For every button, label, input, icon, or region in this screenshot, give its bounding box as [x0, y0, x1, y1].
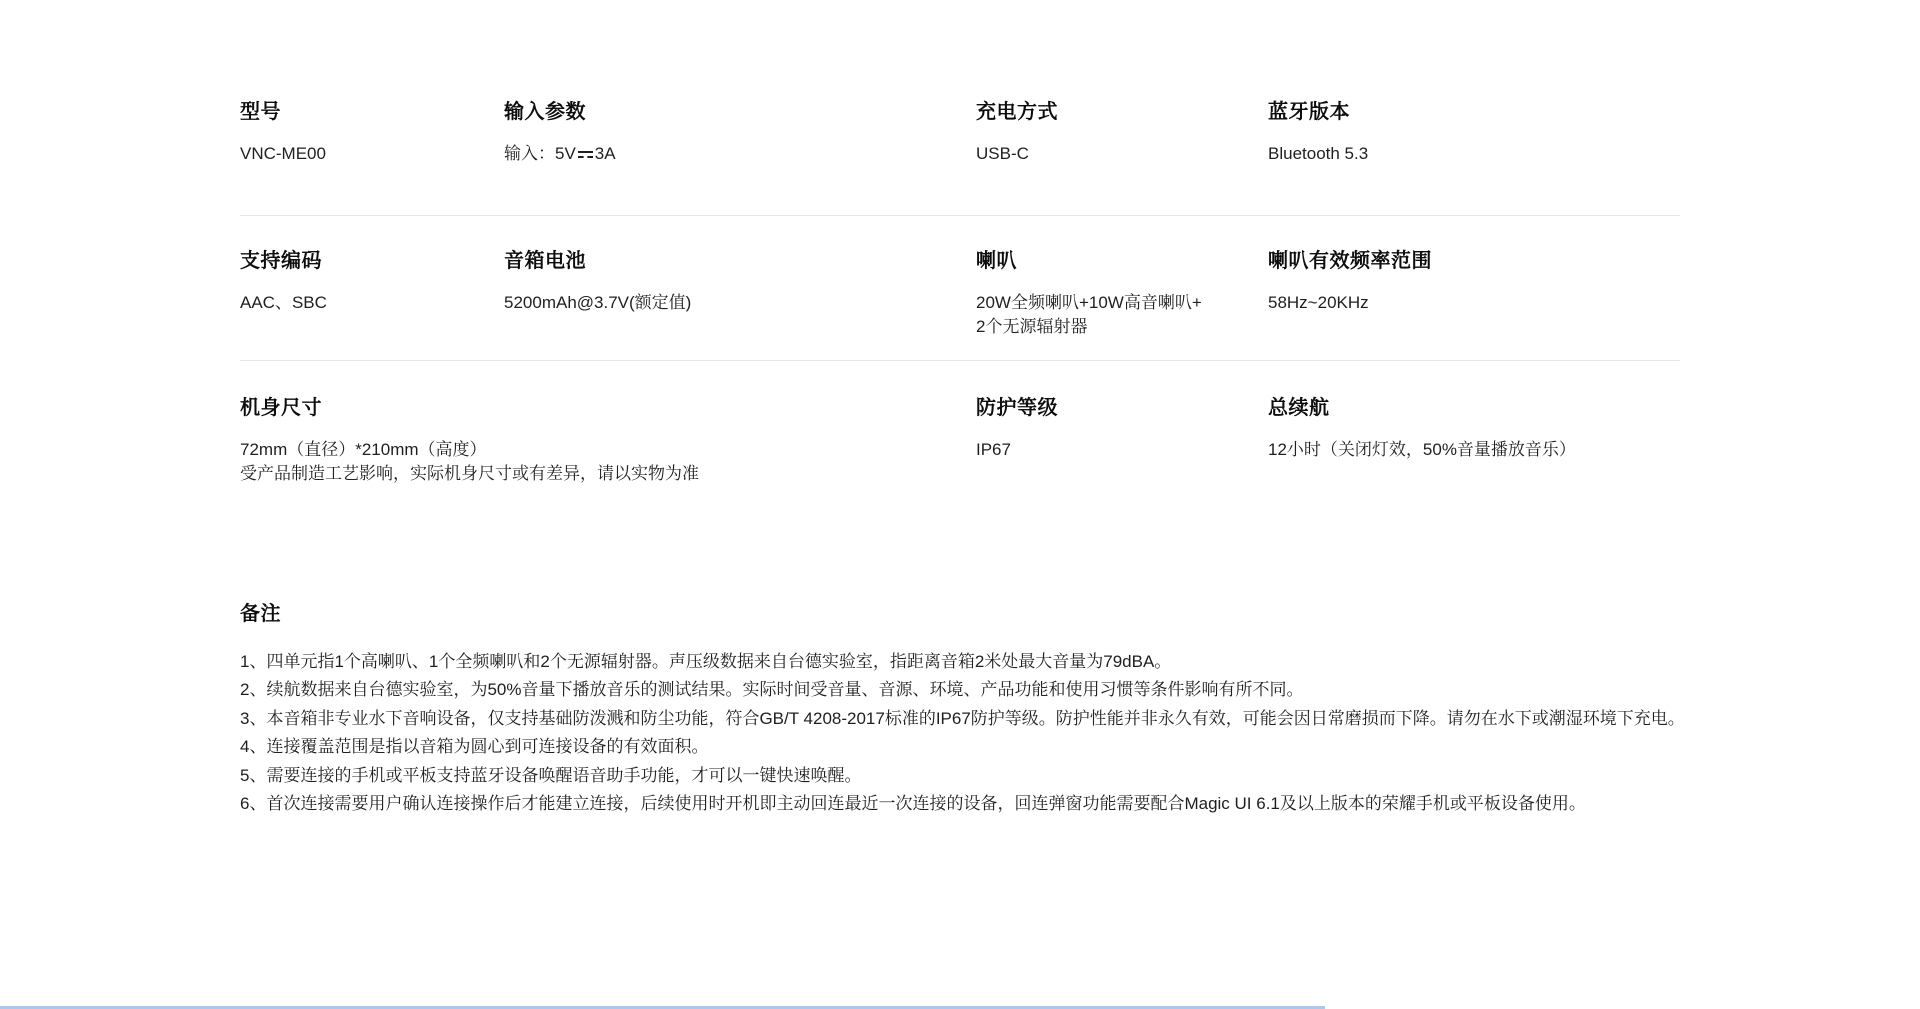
- input-value-prefix: 输入：5V: [504, 144, 576, 163]
- note-item-5: 5、需要连接的手机或平板支持蓝牙设备唤醒语音助手功能，才可以一键快速唤醒。: [240, 762, 1685, 790]
- notes-section: 备注 1、四单元指1个高喇叭、1个全频喇叭和2个无源辐射器。声压级数据来自台德实…: [240, 600, 1685, 818]
- spec-label-bluetooth: 蓝牙版本: [1268, 98, 1680, 126]
- spec-label-speaker: 喇叭: [976, 247, 1268, 275]
- spec-value-bluetooth: Bluetooth 5.3: [1268, 142, 1680, 166]
- notes-title: 备注: [240, 600, 1685, 628]
- spec-label-battery: 音箱电池: [504, 247, 976, 275]
- spec-cell-freq-range: 喇叭有效频率范围 58Hz~20KHz: [1268, 247, 1680, 339]
- spec-value-protection: IP67: [976, 438, 1268, 462]
- spec-value-battery: 5200mAh@3.7V(额定值): [504, 291, 976, 315]
- spec-row-2: 支持编码 AAC、SBC 音箱电池 5200mAh@3.7V(额定值) 喇叭 2…: [240, 216, 1680, 361]
- spec-row-3: 机身尺寸 72mm（直径）*210mm（高度） 受产品制造工艺影响，实际机身尺寸…: [240, 361, 1680, 486]
- spec-value-speaker: 20W全频喇叭+10W高音喇叭+ 2个无源辐射器: [976, 291, 1268, 339]
- spec-cell-protection: 防护等级 IP67: [976, 394, 1268, 486]
- spec-table: 型号 VNC-ME00 输入参数 输入：5V3A 充电方式 USB-C 蓝牙版本…: [240, 0, 1680, 486]
- note-item-1: 1、四单元指1个高喇叭、1个全频喇叭和2个无源辐射器。声压级数据来自台德实验室，…: [240, 648, 1685, 676]
- spec-label-charging: 充电方式: [976, 98, 1268, 126]
- spec-cell-codec: 支持编码 AAC、SBC: [240, 247, 504, 339]
- spec-cell-battery: 音箱电池 5200mAh@3.7V(额定值): [504, 247, 976, 339]
- spec-value-model: VNC-ME00: [240, 142, 504, 166]
- spec-label-protection: 防护等级: [976, 394, 1268, 422]
- spec-value-codec: AAC、SBC: [240, 291, 504, 315]
- spec-value-input: 输入：5V3A: [504, 142, 976, 166]
- spec-cell-input: 输入参数 输入：5V3A: [504, 98, 976, 166]
- note-item-6: 6、首次连接需要用户确认连接操作后才能建立连接，后续使用时开机即主动回连最近一次…: [240, 790, 1685, 818]
- dimensions-value-line1: 72mm（直径）*210mm（高度）: [240, 438, 976, 462]
- speaker-value-line2: 2个无源辐射器: [976, 315, 1268, 339]
- notes-list: 1、四单元指1个高喇叭、1个全频喇叭和2个无源辐射器。声压级数据来自台德实验室，…: [240, 648, 1685, 818]
- spec-value-dimensions: 72mm（直径）*210mm（高度） 受产品制造工艺影响，实际机身尺寸或有差异，…: [240, 438, 976, 486]
- spec-cell-model: 型号 VNC-ME00: [240, 98, 504, 166]
- note-item-4: 4、连接覆盖范围是指以音箱为圆心到可连接设备的有效面积。: [240, 733, 1685, 761]
- speaker-value-line1: 20W全频喇叭+10W高音喇叭+: [976, 291, 1268, 315]
- note-item-3: 3、本音箱非专业水下音响设备，仅支持基础防泼溅和防尘功能，符合GB/T 4208…: [240, 705, 1685, 733]
- direct-current-icon: [578, 149, 593, 160]
- spec-cell-dimensions: 机身尺寸 72mm（直径）*210mm（高度） 受产品制造工艺影响，实际机身尺寸…: [240, 394, 976, 486]
- spec-label-endurance: 总续航: [1268, 394, 1680, 422]
- spec-value-freq-range: 58Hz~20KHz: [1268, 291, 1680, 315]
- spec-label-model: 型号: [240, 98, 504, 126]
- spec-cell-bluetooth: 蓝牙版本 Bluetooth 5.3: [1268, 98, 1680, 166]
- spec-value-charging: USB-C: [976, 142, 1268, 166]
- dimensions-value-line2: 受产品制造工艺影响，实际机身尺寸或有差异，请以实物为准: [240, 462, 976, 486]
- spec-label-input: 输入参数: [504, 98, 976, 126]
- note-item-2: 2、续航数据来自台德实验室，为50%音量下播放音乐的测试结果。实际时间受音量、音…: [240, 676, 1685, 704]
- spec-value-endurance: 12小时（关闭灯效，50%音量播放音乐）: [1268, 438, 1680, 462]
- spec-row-1: 型号 VNC-ME00 输入参数 输入：5V3A 充电方式 USB-C 蓝牙版本…: [240, 0, 1680, 216]
- spec-label-dimensions: 机身尺寸: [240, 394, 976, 422]
- spec-label-codec: 支持编码: [240, 247, 504, 275]
- spec-cell-endurance: 总续航 12小时（关闭灯效，50%音量播放音乐）: [1268, 394, 1680, 486]
- spec-cell-charging: 充电方式 USB-C: [976, 98, 1268, 166]
- input-value-suffix: 3A: [595, 144, 616, 163]
- spec-cell-speaker: 喇叭 20W全频喇叭+10W高音喇叭+ 2个无源辐射器: [976, 247, 1268, 339]
- spec-label-freq-range: 喇叭有效频率范围: [1268, 247, 1680, 275]
